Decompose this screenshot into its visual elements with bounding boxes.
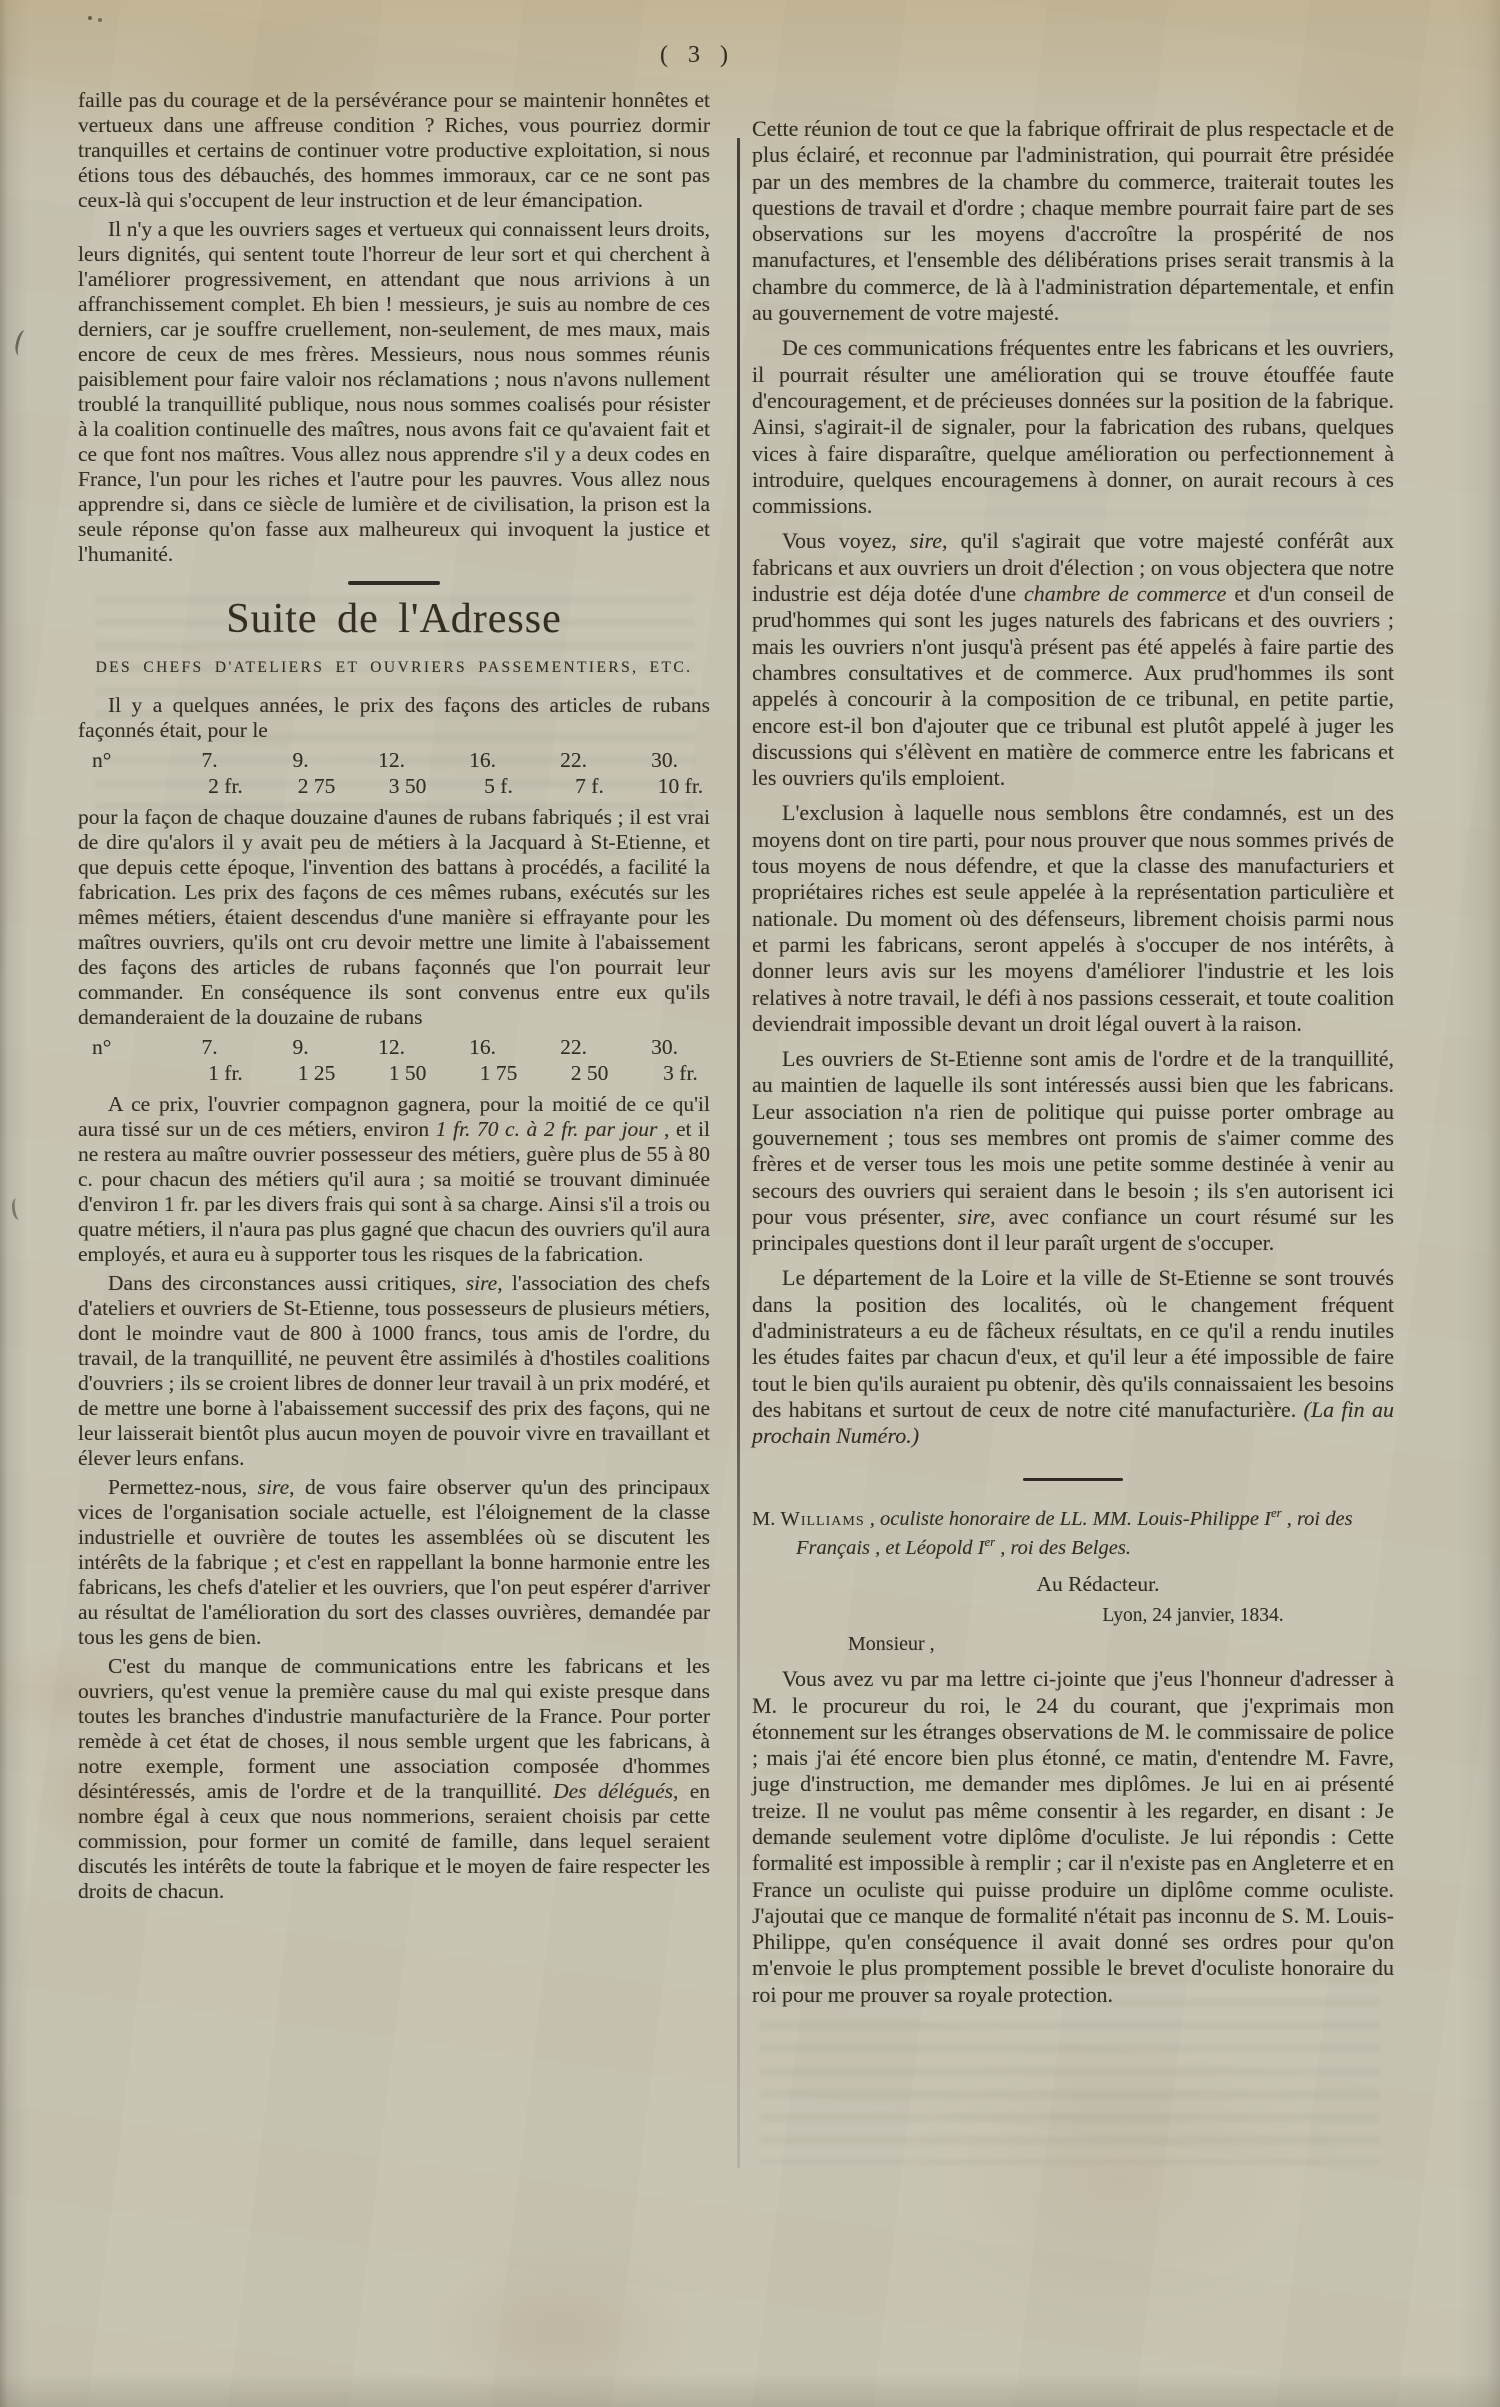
section-divider <box>348 581 440 585</box>
table-cell: 22. <box>528 1034 619 1060</box>
table-cell: 2 50 <box>544 1060 635 1086</box>
table-row-prices: 2 fr. 2 75 3 50 5 f. 7 f. 10 fr. <box>94 773 726 799</box>
left-paragraph-1: faille pas du courage et de la persévéra… <box>78 88 710 213</box>
left-paragraph-8: C'est du manque de communications entre … <box>78 1654 710 1904</box>
table-cell: 7 f. <box>544 773 635 799</box>
table-cell: 1 fr. <box>180 1060 271 1086</box>
table-cell: 3 fr. <box>635 1060 726 1086</box>
right-paragraph-2: De ces communications fréquentes entre l… <box>752 335 1394 519</box>
table-row-prices: 1 fr. 1 25 1 50 1 75 2 50 3 fr. <box>94 1060 726 1086</box>
table-cell: 7. <box>164 1034 255 1060</box>
ink-speck <box>13 329 31 357</box>
left-paragraph-5: A ce prix, l'ouvrier compagnon gagnera, … <box>78 1092 710 1267</box>
right-paragraph-4: L'exclusion à laquelle nous semblons êtr… <box>752 800 1394 1037</box>
table-cell: 9. <box>255 747 346 773</box>
letter-salutation: Monsieur , <box>848 1633 1394 1656</box>
left-column: faille pas du courage et de la persévéra… <box>78 0 710 1908</box>
table-cell: 9. <box>255 1034 346 1060</box>
table-cell: 30. <box>619 747 710 773</box>
left-paragraph-6: Dans des circonstances aussi critiques, … <box>78 1271 710 1471</box>
table-cell: 2 fr. <box>180 773 271 799</box>
table-label-empty <box>94 773 180 799</box>
left-paragraph-3: Il y a quelques années, le prix des faço… <box>78 693 710 743</box>
left-paragraph-2: Il n'y a que les ouvriers sages et vertu… <box>78 217 710 567</box>
table-cell: 16. <box>437 747 528 773</box>
letter-body: Vous avez vu par ma lettre ci-jointe que… <box>752 1666 1394 2008</box>
right-paragraph-5: Les ouvriers de St-Etienne sont amis de … <box>752 1046 1394 1256</box>
newspaper-page-scan: ( 3 ) faille pas du courage et de la per… <box>0 0 1500 2407</box>
table-cell: 1 75 <box>453 1060 544 1086</box>
section-title: Suite de l'Adresse <box>78 595 710 643</box>
column-rule <box>737 138 740 2168</box>
table-cell: 7. <box>164 747 255 773</box>
table-row-numbers: n° 7. 9. 12. 16. 22. 30. <box>78 1034 710 1060</box>
table-cell: 1 25 <box>271 1060 362 1086</box>
letter-dateline: Lyon, 24 janvier, 1834. <box>752 1605 1394 1627</box>
table-cell: 5 f. <box>453 773 544 799</box>
williams-notice: M. Williams , oculiste honoraire de LL. … <box>752 1501 1394 1561</box>
table-cell: 10 fr. <box>635 773 726 799</box>
table-label-empty <box>94 1060 180 1086</box>
letter-heading: Au Rédacteur. <box>752 1572 1394 1597</box>
table-cell: 3 50 <box>362 773 453 799</box>
table-cell: 30. <box>619 1034 710 1060</box>
section-divider <box>1023 1478 1123 1481</box>
table-cell: 1 50 <box>362 1060 453 1086</box>
price-table-new: n° 7. 9. 12. 16. 22. 30. 1 fr. 1 25 1 50… <box>78 1034 710 1086</box>
table-label: n° <box>78 1034 164 1060</box>
table-cell: 22. <box>528 747 619 773</box>
right-column: Cette réunion de tout ce que la fabrique… <box>752 0 1394 2017</box>
section-subtitle: DES CHEFS D'ATELIERS ET OUVRIERS PASSEME… <box>78 659 710 677</box>
left-paragraph-4: pour la façon de chaque douzaine d'aunes… <box>78 805 710 1030</box>
price-table-former: n° 7. 9. 12. 16. 22. 30. 2 fr. 2 75 3 50… <box>78 747 710 799</box>
right-paragraph-6: Le département de la Loire et la ville d… <box>752 1265 1394 1449</box>
left-paragraph-7: Permettez-nous, sire, de vous faire obse… <box>78 1475 710 1650</box>
right-paragraph-3: Vous voyez, sire, qu'il s'agirait que vo… <box>752 528 1394 791</box>
table-cell: 16. <box>437 1034 528 1060</box>
table-cell: 2 75 <box>271 773 362 799</box>
ink-speck <box>11 1197 26 1220</box>
table-label: n° <box>78 747 164 773</box>
table-row-numbers: n° 7. 9. 12. 16. 22. 30. <box>78 747 710 773</box>
right-paragraph-1: Cette réunion de tout ce que la fabrique… <box>752 116 1394 326</box>
table-cell: 12. <box>346 747 437 773</box>
table-cell: 12. <box>346 1034 437 1060</box>
